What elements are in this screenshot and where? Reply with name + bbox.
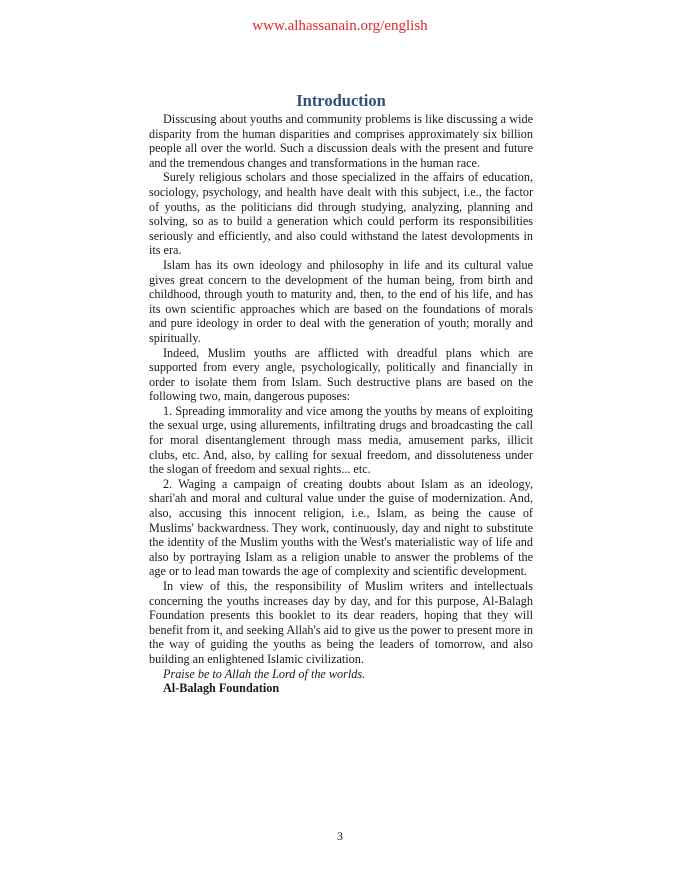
page-number: 3	[0, 829, 680, 844]
page-title: Introduction	[149, 91, 533, 111]
paragraph: Disscusing about youths and community pr…	[149, 112, 533, 170]
document-page: Introduction Disscusing about youths and…	[149, 91, 533, 696]
paragraph: Surely religious scholars and those spec…	[149, 170, 533, 258]
closing-praise: Praise be to Allah the Lord of the world…	[149, 667, 533, 682]
signature: Al-Balagh Foundation	[149, 681, 533, 696]
site-url-link[interactable]: www.alhassanain.org/english	[0, 18, 680, 35]
list-paragraph-1: 1. Spreading immorality and vice among t…	[149, 404, 533, 477]
paragraph: Indeed, Muslim youths are afflicted with…	[149, 346, 533, 404]
paragraph: Islam has its own ideology and philosoph…	[149, 258, 533, 346]
paragraph: In view of this, the responsibility of M…	[149, 579, 533, 667]
list-paragraph-2: 2. Waging a campaign of creating doubts …	[149, 477, 533, 579]
